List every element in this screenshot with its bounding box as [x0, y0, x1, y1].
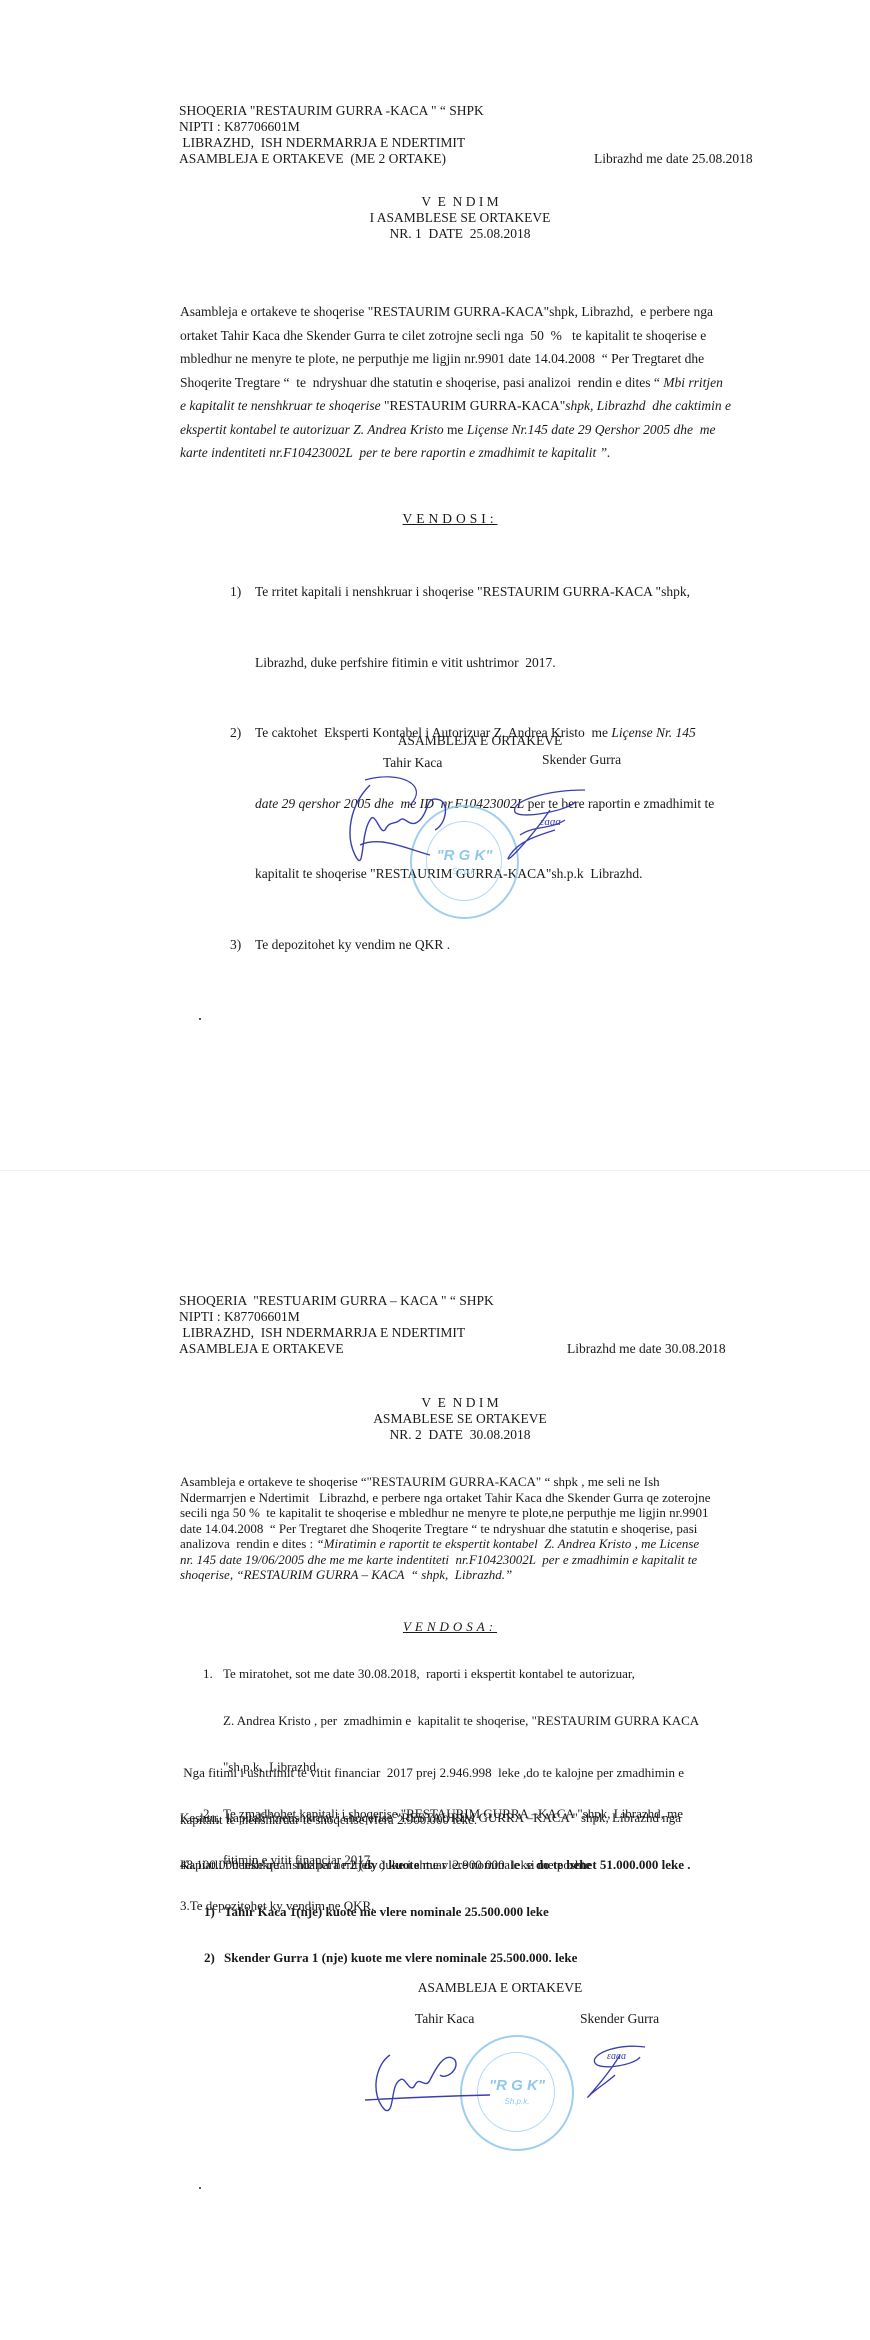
scan-speck — [199, 2187, 201, 2189]
signer-right-name: Skender Gurra — [542, 752, 621, 768]
signer-right-name: Skender Gurra — [580, 2011, 659, 2027]
signer-left-name: Tahir Kaca — [383, 755, 442, 771]
decision-item: 1)Te rritet kapitali i nenshkruar i shoq… — [230, 580, 750, 604]
title-vendim: V E N D I M — [300, 1395, 620, 1411]
place-date: Librazhd me date 25.08.2018 — [594, 151, 753, 167]
signature-tahir-kaca — [360, 2040, 500, 2130]
company-name: SHOQERIA "RESTUARIM GURRA – KACA " “ SHP… — [179, 1293, 494, 1309]
company-nipt: NIPTI : K87706601M — [179, 1309, 494, 1325]
company-name: SHOQERIA "RESTAURIM GURRA -KACA " “ SHPK — [179, 103, 484, 119]
assembly-label: ASAMBLEJA E ORTAKEVE — [179, 1341, 494, 1357]
signature-skender-gurra: ɛɑɑɑ — [490, 780, 600, 880]
intro-paragraph: Asambleja e ortakeve te shoqerise “"REST… — [180, 1474, 780, 1583]
title-assembly: ASMABLESE SE ORTAKEVE — [300, 1411, 620, 1427]
company-nipt: NIPTI : K87706601M — [179, 119, 484, 135]
signatures-heading: ASAMBLEJA E ORTAKEVE — [400, 1980, 600, 1996]
final-decision: 3.Te depozitohet ky vendim ne QKR. — [180, 1898, 374, 1914]
decision-item: 3)Te depozitohet ky vendim ne QKR . — [230, 933, 750, 957]
signer-left-name: Tahir Kaca — [415, 2011, 474, 2027]
decision-title: V E N D I M ASMABLESE SE ORTAKEVE NR. 2 … — [300, 1395, 620, 1443]
company-header: SHOQERIA "RESTUARIM GURRA – KACA " “ SHP… — [179, 1293, 494, 1357]
decision-heading: VENDOSA: — [390, 1619, 510, 1635]
title-number-date: NR. 2 DATE 30.08.2018 — [300, 1427, 620, 1443]
title-assembly: I ASAMBLESE SE ORTAKEVE — [300, 210, 620, 226]
title-vendim: V E N D I M — [300, 194, 620, 210]
decision-list: 1)Te rritet kapitali i nenshkruar i shoq… — [230, 533, 750, 1003]
title-number-date: NR. 1 DATE 25.08.2018 — [300, 226, 620, 242]
place-date: Librazhd me date 30.08.2018 — [567, 1341, 726, 1357]
decision-heading: VENDOSI: — [380, 507, 520, 531]
share-item: 2)Skender Gurra 1 (nje) kuote me vlere n… — [180, 1950, 780, 1966]
signature-skender-gurra: ɛɑɑɑ — [575, 2035, 665, 2115]
assembly-label: ASAMBLEJA E ORTAKEVE (ME 2 ORTAKE) — [179, 151, 484, 167]
company-address: LIBRAZHD, ISH NDERMARRJA E NDERTIMIT — [179, 1325, 494, 1341]
company-address: LIBRAZHD, ISH NDERMARRJA E NDERTIMIT — [179, 135, 484, 151]
decision-item: 1.Te miratohet, sot me date 30.08.2018, … — [203, 1666, 763, 1682]
svg-text:ɛɑɑɑ: ɛɑɑɑ — [540, 816, 561, 828]
signature-tahir-kaca — [340, 775, 480, 885]
intro-paragraph: Asambleja e ortakeve te shoqerise "RESTA… — [180, 300, 760, 465]
decision-title: V E N D I M I ASAMBLESE SE ORTAKEVE NR. … — [300, 194, 620, 242]
scan-speck — [199, 1018, 201, 1020]
svg-text:ɛɑɑɑ: ɛɑɑɑ — [607, 2051, 626, 2062]
company-header: SHOQERIA "RESTAURIM GURRA -KACA " “ SHPK… — [179, 103, 484, 167]
signatures-heading: ASAMBLEJA E ORTAKEVE — [380, 733, 580, 749]
page-separator — [0, 1170, 870, 1171]
